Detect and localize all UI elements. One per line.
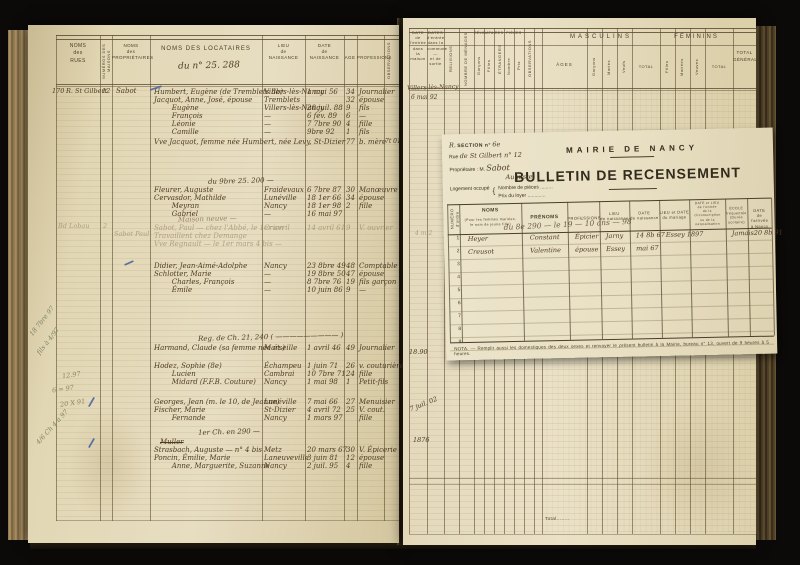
entry-row: Travaillent chez Demange xyxy=(154,232,404,240)
col-header-f-veuves: Veuves xyxy=(694,48,699,86)
entry-profession: épouse xyxy=(359,96,384,104)
entry-row: Humbert, Eugène (de Tremblets 8b) Viller… xyxy=(154,88,404,96)
entry-birthplace: Crion xyxy=(264,224,284,232)
entry-profession: — xyxy=(359,112,366,120)
col-header-numeros: NUMÉROS DES MAISONS xyxy=(101,39,111,83)
entry-profession: fille xyxy=(359,414,372,422)
entry-age: 47 xyxy=(346,270,355,278)
section-scrawl-2: du 9bre 25. 200 — xyxy=(208,176,274,186)
entry-birthplace: Cambrai xyxy=(264,370,294,378)
entry-age: 12 xyxy=(346,454,355,462)
col-header-dates: DATES d'entrée dans la commune — et de s… xyxy=(427,30,444,66)
entry-name: Anne, Marguerite, Suzanne xyxy=(154,462,270,470)
entry-age: 26 xyxy=(346,362,355,370)
entry-name: Georges, Jean (m. le 10, de Jeanne) xyxy=(154,398,279,406)
street-entry-number: 170 xyxy=(52,87,64,95)
entry-age: 1 xyxy=(346,378,350,386)
entry-birthdate: 1 avril 46 xyxy=(307,344,341,352)
col-border xyxy=(56,35,57,521)
age-band-label xyxy=(545,368,587,385)
entry-row: Eugène Villers-lès-Nancy 20 juil. 88 9 f… xyxy=(154,104,404,112)
entry-birthdate: 19 8bre 50 xyxy=(307,270,346,278)
entry-birthdate: 10 7bre 71 xyxy=(307,370,346,378)
entry-birthdate: 10 juin 86 xyxy=(307,286,343,294)
entry-profession: fils xyxy=(359,128,370,136)
title-rule-2 xyxy=(609,188,657,190)
col-header-f-total: TOTAL xyxy=(705,64,733,69)
entry-block-7: Georges, Jean (m. le 10, de Jeanne) Luné… xyxy=(154,398,404,422)
entry-name: Charles, François xyxy=(154,278,234,286)
entry-age: 32 xyxy=(346,96,355,104)
bt-row-ecole: Jamais xyxy=(732,229,754,237)
entry-profession: fille xyxy=(359,202,372,210)
entry-age: 9 xyxy=(346,104,350,112)
bt-row-number: 8 xyxy=(454,326,466,332)
owner-name: Sabot xyxy=(116,87,136,95)
entry-profession: Menuisier xyxy=(359,398,395,406)
entry-profession: Journalier xyxy=(359,344,395,352)
bt-row-prenom: Constant xyxy=(530,233,560,242)
col-header-professions: PROFESSIONS xyxy=(357,55,384,60)
entry-row: Cervasdor, Mathilde Lunéville 18 1er 66 … xyxy=(154,194,404,202)
entry-age: 48 xyxy=(346,262,355,270)
col-header-rues: NOMS des RUES xyxy=(56,43,100,65)
col-header-f-mariees: Mariées xyxy=(679,48,684,86)
entry-birthdate: 18 1er 98 xyxy=(307,202,341,210)
bt-row-number: 5 xyxy=(453,287,465,293)
entry-birthdate: 2 juil. 95 xyxy=(307,462,338,470)
bt-row-number: 1 xyxy=(452,235,464,241)
group-header-celibataires: CÉLIBATAIRES xyxy=(474,31,494,36)
entry-row: Midard (F.F.B. Couture) Nancy 1 mai 98 1… xyxy=(154,378,404,386)
entry-birthplace: Lunéville xyxy=(264,194,297,202)
entry-row: Vve Jacquot, femme née Humbert, née Levy… xyxy=(154,138,404,146)
bt-row-prenom: Valentine xyxy=(530,246,561,255)
col-header-proprietaires: NOMS des PROPRIÉTAIRES xyxy=(112,43,150,61)
entry-birthdate: 23 8bre 49 xyxy=(307,262,346,270)
age-band-label xyxy=(545,473,587,490)
entry-birthplace: — xyxy=(264,270,271,278)
entry-row: Lucien Cambrai 10 7bre 71 24 fille xyxy=(154,370,404,378)
bt-row-profession: Épicier xyxy=(575,232,599,240)
entry-block-5: Harmand, Claude (sa femme née ét.) Marse… xyxy=(154,344,404,352)
entry-name: Jacquot, Anne, José, épouse xyxy=(154,96,252,104)
entry-birthdate: 1 mars 97 xyxy=(307,414,343,422)
bt-row-number: 9 xyxy=(454,339,466,345)
hw-section-number: 6e xyxy=(492,140,500,148)
entry-name: Émile xyxy=(154,286,192,294)
bt-row-number: 6 xyxy=(453,300,465,306)
entry-age: 24 xyxy=(346,370,355,378)
col-border xyxy=(112,35,113,521)
entry-row: Charles, François — 8 7bre 76 19 fils ga… xyxy=(154,278,404,286)
entry-row: Georges, Jean (m. le 10, de Jeanne) Luné… xyxy=(154,398,404,406)
street-entry-name-2: Bd Lobau xyxy=(58,222,89,230)
bt-row-number: 4 xyxy=(453,274,465,280)
entry-profession: fille xyxy=(359,120,372,128)
entry-row: Harmand, Claude (sa femme née ét.) Marse… xyxy=(154,344,404,352)
entry-age: 49 xyxy=(346,344,355,352)
locataires-handwritten-note: du n° 25. 288 xyxy=(178,60,240,72)
entry-birthdate: 6 fév. 89 xyxy=(307,112,337,120)
entry-age: 1 xyxy=(346,128,350,136)
bt-header-arrivee: DATE et LIEU de l'entrée de la circonscr… xyxy=(689,201,726,227)
group-header-pieces: PIÈCES xyxy=(504,31,524,36)
rp-handwritten-year-1876: 1876 xyxy=(413,436,430,444)
entry-birthplace: — xyxy=(264,112,271,120)
entry-name: Cervasdor, Mathilde xyxy=(154,194,226,202)
entry-age: 34 xyxy=(346,194,355,202)
entry-age: 25 xyxy=(346,406,355,414)
hw-street-abbr: R. xyxy=(449,141,456,149)
entry-birthplace: Nancy xyxy=(264,378,287,386)
col-header-total-general: TOTAL GÉNÉRAL xyxy=(733,50,756,63)
age-band-label xyxy=(545,455,587,472)
entry-profession: Manœuvre xyxy=(359,186,398,194)
entry-row: Émile — 10 juin 86 9 — xyxy=(154,286,404,294)
entry-birthplace: Fraidevaux xyxy=(264,186,304,194)
header-bottom-rule xyxy=(56,84,399,85)
entry-birthdate: 3 juin 81 xyxy=(307,454,338,462)
entry-row: Strasbach, Auguste — n° 4 bis Metz 20 ma… xyxy=(154,446,404,454)
col-header-m-veufs: Veufs xyxy=(621,48,626,86)
entry-age: 77 xyxy=(346,138,355,146)
entry-name: Fleurer, Auguste xyxy=(154,186,213,194)
entry-birthdate: 1 juin 71 xyxy=(307,362,338,370)
col-header-m-maries: Mariés xyxy=(606,48,611,86)
entry-name: Poncin, Émilie, Marie xyxy=(154,454,230,462)
entry-birthdate: 18 1er 66 xyxy=(307,194,341,202)
rp-handwritten-year-1890: 18.90 xyxy=(409,348,428,356)
entry-name: Fischer, Marie xyxy=(154,406,205,414)
col-header-menages: NOMBRE DE MÉNAGES xyxy=(463,32,468,86)
entry-name: Schlotter, Marie xyxy=(154,270,212,278)
entry-birthdate: 7 7bre 90 xyxy=(307,120,341,128)
col-header-nombre: Nombre xyxy=(506,46,511,86)
entry-block-1b: Vve Jacquot, femme née Humbert, née Levy… xyxy=(154,138,404,146)
col-border xyxy=(150,35,151,521)
bulletin-de-recensement-form: R. SECTION n° 6e Rue de St Gilbert n° 12… xyxy=(442,128,778,361)
age-band-label xyxy=(545,438,587,455)
entry-name: Didier, Jean-Aimé-Adolphe xyxy=(154,262,247,270)
entry-name: Hodez, Sophie (8e) xyxy=(154,362,222,370)
logement-sublines: Nombre de pièces ......... Prix du loyer… xyxy=(498,183,553,200)
col-header-locataires: NOMS DES LOCATAIRES xyxy=(150,45,262,54)
entry-block-4: Didier, Jean-Aimé-Adolphe Nancy 23 8bre … xyxy=(154,262,404,294)
col-header-date-entree: DATE de l'entrée dans la maison xyxy=(409,30,427,61)
entry-profession: fils garçon xyxy=(359,278,396,286)
bt-header-mariage: LIEU et DATE du mariage xyxy=(659,209,689,220)
section-label: SECTION n° xyxy=(457,142,491,149)
entry-age: 30 xyxy=(346,446,355,454)
entry-row: Schlotter, Marie — 19 8bre 50 47 épouse xyxy=(154,270,404,278)
entry-birthplace: Nancy xyxy=(264,202,287,210)
entry-profession: V. cout. xyxy=(359,406,385,414)
age-band-label xyxy=(545,421,587,438)
section-scrawl-7: 1er Ch. en 290 — xyxy=(198,427,260,437)
entry-name: François xyxy=(154,112,203,120)
owner-name-2: Sabot Paul xyxy=(114,230,149,238)
entry-observation: 7t 01 xyxy=(385,138,401,145)
entry-birthplace: — xyxy=(264,286,271,294)
entry-profession: V. ouvrier xyxy=(359,224,393,232)
col-header-f-filles: Filles xyxy=(664,48,669,86)
entry-birthplace: Laneuveville xyxy=(264,454,309,462)
entry-age: 6 xyxy=(346,112,350,120)
col-border xyxy=(409,28,410,534)
entry-row: Fernande Nancy 1 mars 97 fille xyxy=(154,414,404,422)
entry-birthdate: 20 mars 67 xyxy=(307,446,347,454)
bt-row-lieu: Jarny xyxy=(606,232,624,240)
age-band-label xyxy=(545,386,587,403)
entry-birthplace: Tremblets xyxy=(264,96,300,104)
age-band-label xyxy=(545,490,587,507)
register-left-page: NOMS des RUES NUMÉROS DES MAISONS NOMS d… xyxy=(28,25,399,543)
bt-row-number: 3 xyxy=(452,261,464,267)
entry-row: Fischer, Marie St-Dizier 4 avril 72 25 V… xyxy=(154,406,404,414)
col-header-lieu: LIEU de NAISSANCE xyxy=(262,43,305,61)
entry-row: Poncin, Émilie, Marie Laneuveville 3 jui… xyxy=(154,454,404,462)
entry-birthplace: St-Dizier xyxy=(264,406,295,414)
entry-name: Strasbach, Auguste — n° 4 bis xyxy=(154,446,262,454)
entry-row: Léonie — 7 7bre 90 4 fille xyxy=(154,120,404,128)
entry-name: Camille xyxy=(154,128,199,136)
entry-birthdate: 14 avril 61 xyxy=(307,224,345,232)
entry-age: 34 xyxy=(346,88,355,96)
entry-birthplace: — xyxy=(264,120,271,128)
group-header-masculins: MASCULINS xyxy=(542,33,660,42)
house-number: 12 xyxy=(102,87,110,95)
bulletin-logement-line: Logement occupé { Nombre de pièces .....… xyxy=(450,182,580,201)
house-number-2: 2 xyxy=(103,222,107,230)
entry-birthdate: 6 7bre 87 xyxy=(307,186,341,194)
entry-name: Meyran xyxy=(154,202,199,210)
bt-row-nom: Heyer xyxy=(468,235,488,243)
bt-rows: 1 Heyer Constant Épicier Jarny 14 8b 67 … xyxy=(448,228,774,352)
loyer-label: Prix du loyer ............. xyxy=(498,192,545,199)
bt-row-number: 2 xyxy=(452,248,464,254)
entry-block-8: Strasbach, Auguste — n° 4 bis Metz 20 ma… xyxy=(154,446,404,470)
entry-birthplace: Nancy xyxy=(264,414,287,422)
proprietaire-label: Propriétaire : M. xyxy=(449,167,485,174)
entry-block-1: Humbert, Eugène (de Tremblets 8b) Viller… xyxy=(154,88,404,136)
entry-birthdate: 4 avril 72 xyxy=(307,406,341,414)
ages-rows-bottom xyxy=(545,351,587,508)
total-row-label: Total........ xyxy=(545,516,587,523)
entry-block-6: Hodez, Sophie (8e) Échampeu 1 juin 71 26… xyxy=(154,362,404,386)
bt-header-noms: NOMS xyxy=(459,207,521,216)
entry-block-3: Sabot, Paul — chez l'Abbé, le 1er avril … xyxy=(154,224,404,248)
entry-birthdate: 9bre 92 xyxy=(307,128,335,136)
title-rule xyxy=(610,156,654,158)
entry-age: 9 xyxy=(346,224,350,232)
entry-birthplace: — xyxy=(264,278,271,286)
bt-row-lieu: Essey xyxy=(606,245,625,253)
rue-label: Rue xyxy=(449,154,458,160)
entry-profession: Petit-fils xyxy=(359,378,388,386)
table-bottom-rule xyxy=(56,520,399,521)
entry-age: 4 xyxy=(346,120,350,128)
group-header-feminins: FÉMININS xyxy=(660,33,733,42)
entry-birthdate: 16 mai 97 xyxy=(307,210,342,218)
entry-row: Meyran Nancy 18 1er 98 2 fille xyxy=(154,202,404,210)
entry-birthplace: Nancy xyxy=(264,262,287,270)
rp-handwritten-note: 4 m 2 xyxy=(415,230,432,237)
col-header-ages: ÂGES xyxy=(542,62,587,69)
entry-row: Fleurer, Auguste Fraidevaux 6 7bre 87 30… xyxy=(154,186,404,194)
entry-row: Camille — 9bre 92 1 fils xyxy=(154,128,404,136)
entry-birthdate: 7 mai 66 xyxy=(307,398,338,406)
entry-birthdate: 20 juil. 88 xyxy=(307,104,343,112)
group-header-rule xyxy=(409,45,756,46)
entry-name: Léonie xyxy=(154,120,196,128)
bt-row-profession: épouse xyxy=(575,245,598,253)
bt-header-arrivee-nancy: DATE de l'arrivée à Nancy xyxy=(747,208,771,229)
col-header-m-garcons: Garçons xyxy=(591,48,596,86)
rp-handwritten-date: 6 mai 92 xyxy=(411,94,437,101)
col-header-date: DATE de NAISSANCE xyxy=(305,43,344,61)
entry-row: Hodez, Sophie (8e) Échampeu 1 juin 71 26… xyxy=(154,362,404,370)
entry-profession: épouse xyxy=(359,454,384,462)
entry-name: Fernande xyxy=(154,414,206,422)
entry-name: Vve Jacquot, femme née Humbert, née Levy… xyxy=(154,138,345,146)
bt-row-arrivee-nancy: 20 8b 91 xyxy=(754,228,783,237)
entry-profession: fils xyxy=(359,104,370,112)
entry-birthplace: — xyxy=(264,210,271,218)
age-band-label xyxy=(545,403,587,420)
entry-age: 9 xyxy=(346,286,350,294)
entry-profession: épouse xyxy=(359,270,384,278)
entry-row: Didier, Jean-Aimé-Adolphe Nancy 23 8bre … xyxy=(154,262,404,270)
entry-name: Eugène xyxy=(154,104,199,112)
entry-row: Jacquot, Anne, José, épouse Tremblets 32… xyxy=(154,96,404,104)
scanned-census-register: { "left_page": { "header": { "rues": "NO… xyxy=(0,0,800,565)
col-border xyxy=(427,28,428,534)
section-scrawl-3: Maison neuve — xyxy=(178,214,237,224)
col-header-etrangers: ÉTRANGERS xyxy=(497,34,502,84)
brace-glyph: { xyxy=(492,184,495,200)
total-band-bottom xyxy=(409,534,756,535)
entry-birthdate: 1 mai 56 xyxy=(307,88,338,96)
entry-profession: épouse xyxy=(359,194,384,202)
entry-birthdate: 8 7bre 76 xyxy=(307,278,341,286)
entry-birthplace: Échampeu xyxy=(264,362,301,370)
entry-age: 19 xyxy=(346,278,355,286)
age-band-label xyxy=(545,91,587,114)
entry-birthplace: Lunéville xyxy=(264,398,297,406)
entry-profession: V. Épicerie xyxy=(359,446,397,454)
entry-row: Anne, Marguerite, Suzanne Nancy 2 juil. … xyxy=(154,462,404,470)
bt-row-mariage: Essey 1897 xyxy=(666,230,704,239)
entry-profession: v. couturière xyxy=(359,362,404,370)
entry-profession: — xyxy=(359,286,366,294)
entry-row: Sabot, Paul — chez l'Abbé, le 1er avril … xyxy=(154,224,404,232)
entry-profession: fille xyxy=(359,462,372,470)
header-bottom-rule xyxy=(409,88,756,89)
col-header-age: AGE xyxy=(342,55,358,61)
book-page-stack-left xyxy=(8,30,30,540)
entry-profession: fille xyxy=(359,370,372,378)
entry-age: 30 xyxy=(346,186,355,194)
bt-row-date: 14 8b 67 xyxy=(636,231,665,240)
col-header-prix: Prix xyxy=(516,46,521,86)
entry-profession: Journalier xyxy=(359,88,395,96)
entry-row: François — 6 fév. 89 6 — xyxy=(154,112,404,120)
entry-name: Midard (F.F.B. Couture) xyxy=(154,378,256,386)
col-header-religions: RELIGIONS xyxy=(448,34,453,84)
entry-profession: b. mère xyxy=(359,138,386,146)
struck-entry-muller: Muller xyxy=(160,438,184,446)
entry-row: Vve Regnault — le 1er mars 4 bis — xyxy=(154,240,404,248)
entry-name: Lucien xyxy=(154,370,196,378)
entry-name: Vve Regnault — le 1er mars 4 bis — xyxy=(154,240,282,248)
entry-birthplace: — xyxy=(264,128,271,136)
col-header-filles: Filles xyxy=(486,46,491,86)
entry-birthdate: 1 mai 98 xyxy=(307,378,338,386)
col-header-observations: OBSERVATIONS xyxy=(527,32,532,86)
entry-birthplace: Marseille xyxy=(264,344,297,352)
entry-birthplace: Metz xyxy=(264,446,282,454)
bt-row-number: 7 xyxy=(453,313,465,319)
bt-row-date: mai 67 xyxy=(636,244,659,252)
entry-birthplace: Nancy xyxy=(264,462,287,470)
entry-block-2: Fleurer, Auguste Fraidevaux 6 7bre 87 30… xyxy=(154,186,404,218)
entry-name: Travaillent chez Demange xyxy=(154,232,247,240)
col-header-m-total: TOTAL xyxy=(632,64,660,69)
entry-age: 2 xyxy=(346,202,350,210)
logement-label: Logement occupé xyxy=(450,184,490,201)
col-header-garcons: Garçons xyxy=(476,46,481,86)
entry-profession: Comptable xyxy=(359,262,398,270)
col-border xyxy=(100,35,101,521)
bt-header-ecole: ÉCOLE fréquentée (Durée scolaire) xyxy=(725,206,747,225)
bt-header-date: DATE de naissance xyxy=(629,210,659,221)
col-header-observations: OBSERVATIONS xyxy=(386,39,396,83)
entry-age: 4 xyxy=(346,462,350,470)
bt-row-nom: Creusot xyxy=(468,247,494,256)
entry-age: 27 xyxy=(346,398,355,406)
